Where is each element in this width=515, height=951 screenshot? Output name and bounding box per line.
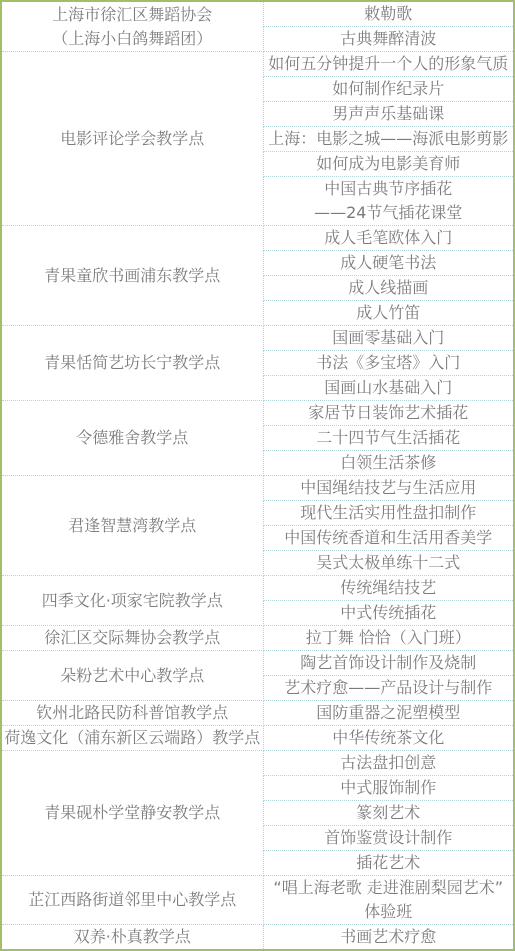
course-cell: 书法《多宝塔》入门 <box>263 351 514 376</box>
course-cell: 成人硬笔书法 <box>263 251 514 276</box>
teaching-site-cell: 荷逸文化（浦东新区云端路）教学点 <box>1 726 263 751</box>
table-row: 芷江西路街道邻里中心教学点“唱上海老歌 走进淮剧梨园艺术” 体验班 <box>1 876 514 925</box>
course-cell: 成人毛笔欧体入门 <box>263 226 514 251</box>
course-cell: 现代生活实用性盘扣制作 <box>263 501 514 526</box>
course-cell: 中国古典节序插花 ——24节气插花课堂 <box>263 177 514 226</box>
course-table-body: 上海市徐汇区舞蹈协会 （上海小白鸽舞蹈团）敕勒歌古典舞醉清波电影评论学会教学点如… <box>1 1 514 950</box>
table-row: 青果恬简艺坊长宁教学点国画零基础入门 <box>1 326 514 351</box>
course-cell: 古典舞醉清波 <box>263 27 514 52</box>
course-cell: 如何五分钟提升一个人的形象气质 <box>263 52 514 77</box>
teaching-site-cell: 四季文化·项家宅院教学点 <box>1 576 263 626</box>
teaching-site-cell: 青果砚朴学堂静安教学点 <box>1 751 263 876</box>
course-cell: 传统绳结技艺 <box>263 576 514 601</box>
course-cell: “唱上海老歌 走进淮剧梨园艺术” 体验班 <box>263 876 514 925</box>
course-cell: 中式传统插花 <box>263 601 514 626</box>
course-cell: 成人线描画 <box>263 276 514 301</box>
table-row: 四季文化·项家宅院教学点传统绳结技艺 <box>1 576 514 601</box>
course-cell: 中式服饰制作 <box>263 776 514 801</box>
teaching-site-cell: 双养·朴真教学点 <box>1 925 263 951</box>
teaching-site-cell: 令德雅舍教学点 <box>1 401 263 476</box>
teaching-site-cell: 电影评论学会教学点 <box>1 52 263 226</box>
course-cell: 书画艺术疗愈 <box>263 925 514 951</box>
teaching-site-cell: 钦州北路民防科普馆教学点 <box>1 701 263 726</box>
table-row: 电影评论学会教学点如何五分钟提升一个人的形象气质 <box>1 52 514 77</box>
table-row: 徐汇区交际舞协会教学点拉丁舞 恰恰（入门班） <box>1 626 514 651</box>
course-cell: 中华传统茶文化 <box>263 726 514 751</box>
course-cell: 白领生活茶修 <box>263 451 514 476</box>
course-cell: 国防重器之泥塑模型 <box>263 701 514 726</box>
teaching-site-cell: 上海市徐汇区舞蹈协会 （上海小白鸽舞蹈团） <box>1 1 263 52</box>
course-cell: 首饰鉴赏设计制作 <box>263 826 514 851</box>
course-cell: 家居节日装饰艺术插花 <box>263 401 514 426</box>
course-cell: 中国绳结技艺与生活应用 <box>263 476 514 501</box>
course-cell: 二十四节气生活插花 <box>263 426 514 451</box>
table-row: 青果童欣书画浦东教学点成人毛笔欧体入门 <box>1 226 514 251</box>
course-cell: 中国传统香道和生活用香美学 <box>263 526 514 551</box>
course-cell: 如何成为电影美育师 <box>263 152 514 177</box>
table-row: 青果砚朴学堂静安教学点古法盘扣创意 <box>1 751 514 776</box>
teaching-site-cell: 芷江西路街道邻里中心教学点 <box>1 876 263 925</box>
course-table: 上海市徐汇区舞蹈协会 （上海小白鸽舞蹈团）敕勒歌古典舞醉清波电影评论学会教学点如… <box>0 0 515 951</box>
course-cell: 成人竹笛 <box>263 301 514 326</box>
course-cell: 插花艺术 <box>263 851 514 876</box>
teaching-site-cell: 朵粉艺术中心教学点 <box>1 651 263 701</box>
course-cell: 吴式太极单练十二式 <box>263 551 514 576</box>
course-cell: 古法盘扣创意 <box>263 751 514 776</box>
table-row: 令德雅舍教学点家居节日装饰艺术插花 <box>1 401 514 426</box>
course-cell: 篆刻艺术 <box>263 801 514 826</box>
table-row: 上海市徐汇区舞蹈协会 （上海小白鸽舞蹈团）敕勒歌 <box>1 1 514 27</box>
course-cell: 敕勒歌 <box>263 1 514 27</box>
course-cell: 如何制作纪录片 <box>263 77 514 102</box>
table-row: 朵粉艺术中心教学点陶艺首饰设计制作及烧制 <box>1 651 514 676</box>
teaching-site-cell: 青果恬简艺坊长宁教学点 <box>1 326 263 401</box>
table-row: 钦州北路民防科普馆教学点国防重器之泥塑模型 <box>1 701 514 726</box>
teaching-site-cell: 君逢智慧湾教学点 <box>1 476 263 576</box>
course-cell: 上海：电影之城——海派电影剪影 <box>263 127 514 152</box>
table-row: 荷逸文化（浦东新区云端路）教学点中华传统茶文化 <box>1 726 514 751</box>
teaching-site-cell: 青果童欣书画浦东教学点 <box>1 226 263 326</box>
teaching-site-cell: 徐汇区交际舞协会教学点 <box>1 626 263 651</box>
course-cell: 国画山水基础入门 <box>263 376 514 401</box>
table-row: 君逢智慧湾教学点中国绳结技艺与生活应用 <box>1 476 514 501</box>
table-row: 双养·朴真教学点书画艺术疗愈 <box>1 925 514 951</box>
course-cell: 男声声乐基础课 <box>263 102 514 127</box>
course-cell: 国画零基础入门 <box>263 326 514 351</box>
course-cell: 艺术疗愈——产品设计与制作 <box>263 676 514 701</box>
course-cell: 拉丁舞 恰恰（入门班） <box>263 626 514 651</box>
course-cell: 陶艺首饰设计制作及烧制 <box>263 651 514 676</box>
